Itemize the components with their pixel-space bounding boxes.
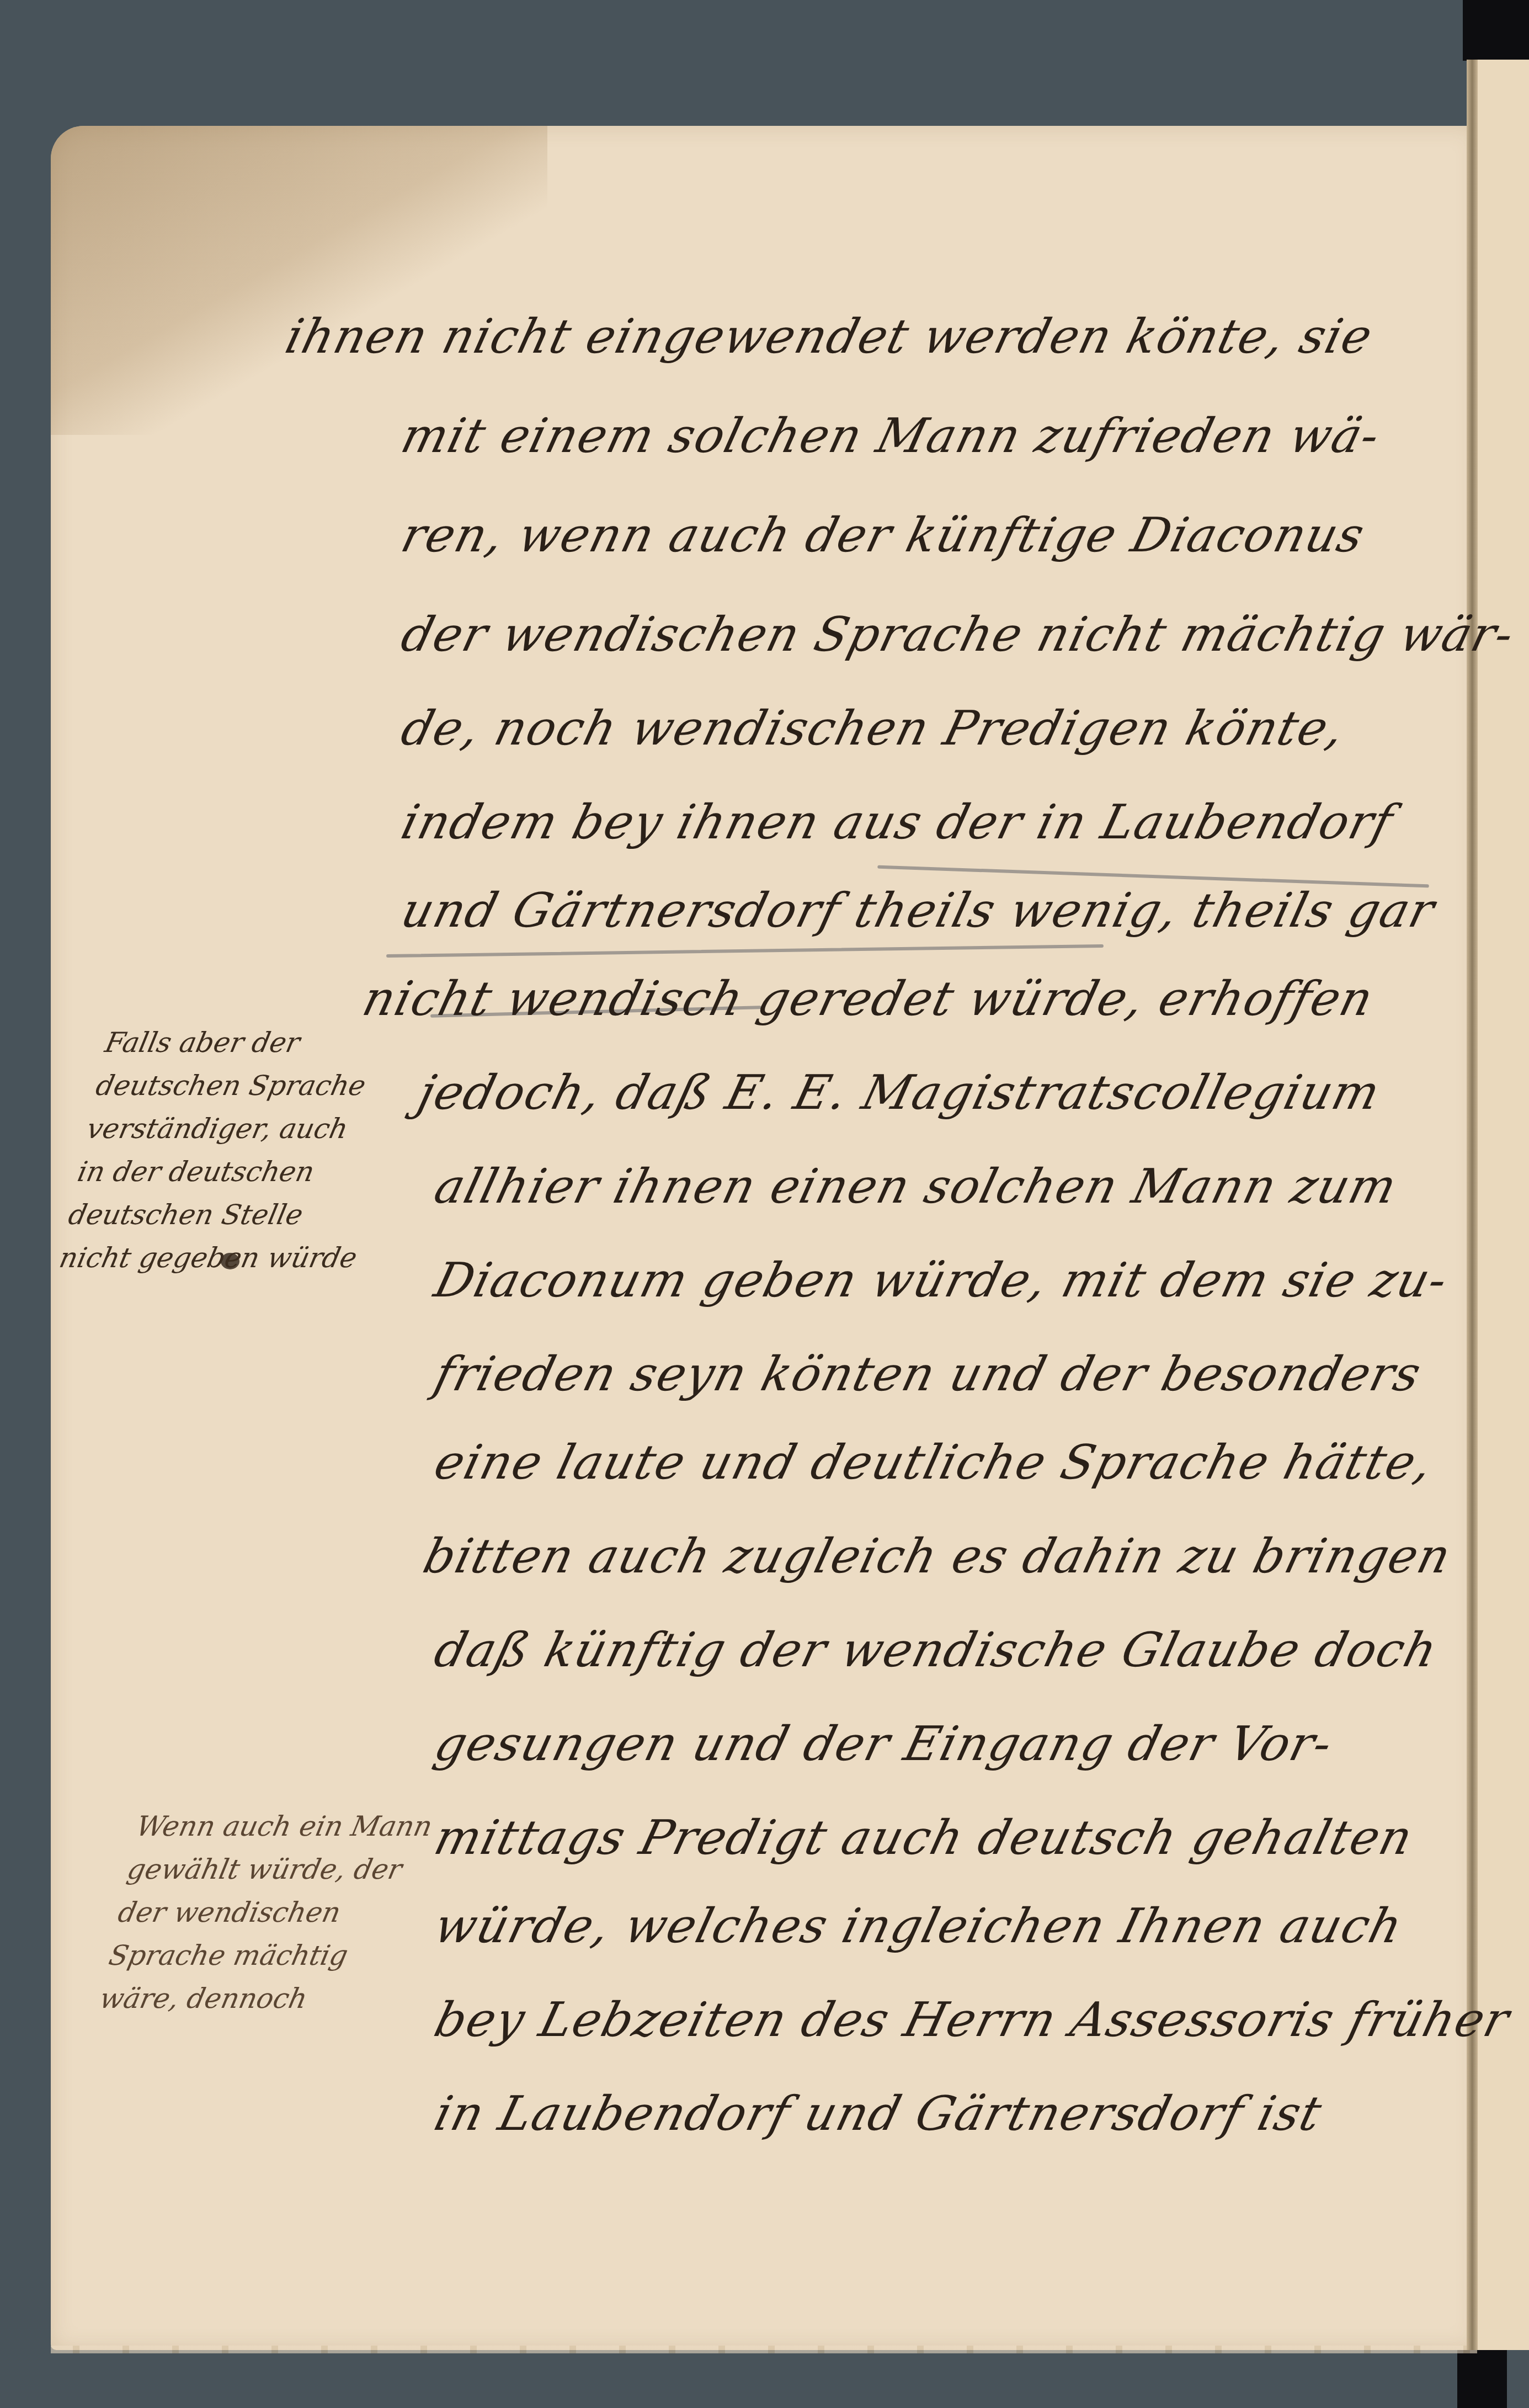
text-line: nicht wendisch geredet würde, erhoffen [358,971,1379,1027]
text-line: eine laute und deutliche Sprache hätte, [429,1435,1439,1490]
text-line: allhier ihnen einen solchen Mann zum [429,1159,1403,1214]
text-line: in Laubendorf und Gärtnersdorf ist [429,2086,1328,2141]
margin-note-line: deutschen Stelle [65,1193,394,1236]
text-line: gesungen und der Eingang der Vor- [429,1716,1339,1772]
text-line: Diaconum geben würde, mit dem sie zu- [429,1253,1454,1308]
text-line: jedoch, daß E. E. Magistratscollegium [413,1065,1387,1120]
text-line: und Gärtnersdorf theils wenig, theils ga… [396,883,1441,938]
margin-note-line: gewählt würde, der [123,1848,452,1891]
margin-note-line: in der deutschen [73,1150,403,1193]
margin-note-line: wäre, dennoch [96,1977,425,2020]
text-line: bitten auch zugleich es dahin zu bringen [418,1529,1457,1584]
margin-note-upper: Falls aber der deutschen Sprache verstän… [55,1021,430,1279]
margin-note-line: deutschen Sprache [92,1064,422,1107]
margin-note-line: Sprache mächtig [105,1934,434,1977]
text-line: würde, welches ingleichen Ihnen auch [429,1899,1409,1954]
margin-note-line: nicht gegeben würde [55,1236,385,1279]
text-line: bey Lebzeiten des Herrn Assessoris frühe… [429,1992,1516,2048]
text-line: de, noch wendischen Predigen könte, [396,701,1351,756]
text-line: indem bey ihnen aus der in Laubendorf [396,795,1399,850]
text-line: daß künftig der wendische Glaube doch [429,1623,1444,1678]
text-line: ihnen nicht eingewendet werden könte, si… [280,309,1379,364]
text-line: mittags Predigt auch deutsch gehalten [429,1810,1419,1865]
margin-note-line: der wendischen [114,1891,444,1934]
margin-note-line: Wenn auch ein Mann [132,1805,462,1848]
margin-note-line: verständiger, auch [83,1107,412,1150]
dark-backdrop-corner [1463,0,1529,61]
text-line: frieden seyn könten und der besonders [429,1347,1427,1402]
margin-note-lower: Wenn auch ein Mann gewählt würde, der de… [96,1805,462,2020]
text-line: ren, wenn auch der künftige Diaconus [396,508,1371,563]
text-line: mit einem solchen Mann zufrieden wä- [396,408,1386,464]
margin-note-line: Falls aber der [101,1021,430,1064]
text-line: der wendischen Sprache nicht mächtig wär… [396,607,1520,662]
